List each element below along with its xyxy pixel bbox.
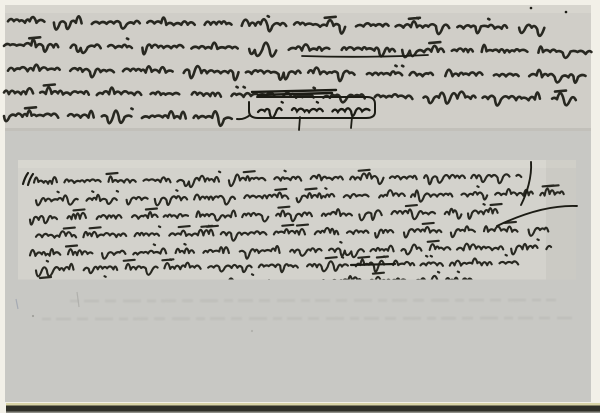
ink-speck [530, 7, 533, 10]
bottom-strip-right-shading [546, 160, 576, 280]
photo-print [0, 0, 600, 413]
box-tick-mark [351, 117, 352, 128]
strip-cut-mask [12, 280, 584, 296]
box-tick-mark [299, 117, 300, 130]
ink-speck [565, 11, 568, 14]
photo-speck [251, 330, 253, 332]
photo-speck [32, 315, 34, 317]
manuscript-photograph [0, 0, 600, 413]
photo-edge-dark-band [6, 406, 600, 412]
bottom-strip [18, 160, 577, 289]
top-strip-edge-highlight [5, 5, 591, 13]
photo-edge-gold-line [6, 403, 600, 406]
omission-dash [351, 264, 395, 265]
top-strip-bottom-shadow [5, 128, 591, 131]
top-strip [4, 5, 591, 131]
bottom-strip-edge-highlight [18, 160, 576, 168]
